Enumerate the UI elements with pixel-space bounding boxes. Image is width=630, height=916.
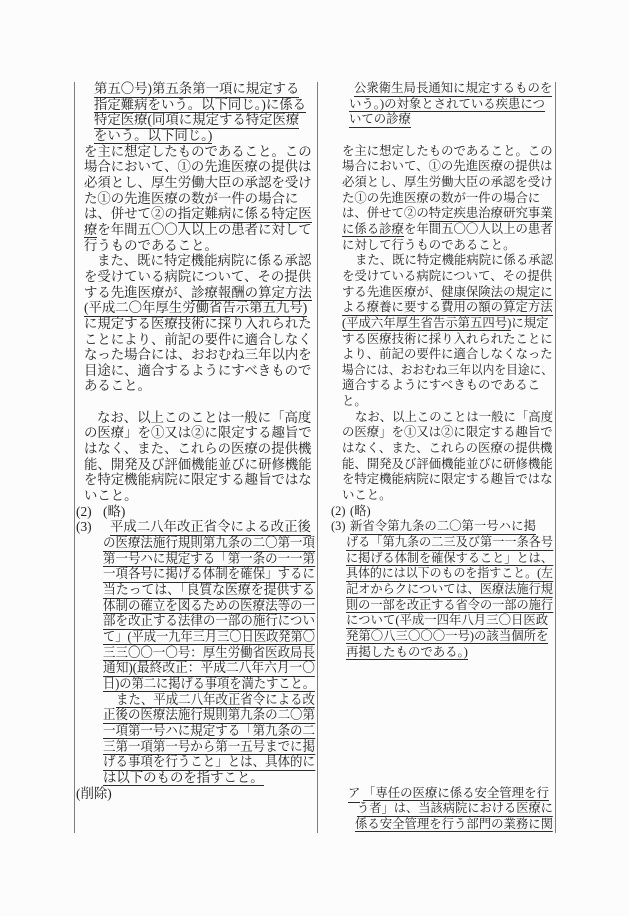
blank-line <box>317 660 555 676</box>
text-line: を特定機能病院に限定する趣旨ではな <box>74 472 317 488</box>
blank-line <box>317 128 555 144</box>
text-line: 必須とし、厚生労働大臣の承認を受け <box>317 175 555 191</box>
blank-line <box>74 394 317 410</box>
underlined-text-segment: は以下のものを指すこと。 <box>103 770 264 787</box>
text-line: に掲げる体制を確保すること」とは、 <box>317 551 555 567</box>
text-segment: 場合において、①の先進医療の提供は <box>84 159 311 174</box>
underlined-text-segment: の医療法施行規則第九条の二〇第一項 <box>103 535 315 552</box>
text-line: する先進医療が、診療報酬の算定方法 <box>74 285 317 301</box>
text-segment: なお、以上このことは一般に「高度 <box>355 410 553 424</box>
text-line: 日)の第二に掲げる事項を満たすこと。 <box>74 676 317 692</box>
text-line: 第一号ハに規定する「第一条の一一第 <box>74 551 317 567</box>
text-line: て」(平成一九年三月三〇日医政発第〇 <box>74 629 317 645</box>
text-line: なお、以上このことは一般に「高度 <box>74 410 317 426</box>
text-line: 行うものであること。 <box>74 238 317 254</box>
text-line: 適合するようにすべきものであるこ <box>317 378 555 394</box>
text-line: また、既に特定機能病院に係る承認 <box>317 253 555 269</box>
text-segment: (略) <box>103 504 125 519</box>
text-segment: また、既に特定機能病院に係る承認 <box>97 253 311 268</box>
text-line: は、併せて②の特定疾患治療研究事業 <box>317 206 555 222</box>
text-line: げる「第九条の二三及び第一一条各号 <box>317 535 555 551</box>
text-line: 目途に、適合するようにすべきもので <box>74 363 317 379</box>
text-line: また、平成二八年改正省令による改 <box>74 692 317 708</box>
text-segment: 能、開発及び評価機能並びに研修機能 <box>342 457 553 471</box>
blank-line <box>317 723 555 739</box>
text-line: (2)(略) <box>74 504 317 520</box>
text-line: 発第〇八三〇〇〇一号)の該当個所を <box>317 629 555 645</box>
text-segment: 必須とし、厚生労働大臣の承認を受け <box>342 175 553 189</box>
text-line: する医療技術に採り入れられたことに <box>317 332 555 348</box>
text-segment: は、併せて②の <box>84 206 178 221</box>
underlined-text-segment: 一項各号に掲げる体制を確保」するに <box>103 566 315 583</box>
text-segment: を主に想定したものであること。この <box>342 144 553 158</box>
underlined-text-segment: 三三〇〇一〇号：厚生労働省医政局長 <box>103 645 315 662</box>
text-line: について(平成一四年八月三〇日医政 <box>317 613 555 629</box>
text-line: の医療法施行規則第九条の二〇第一項 <box>74 535 317 551</box>
text-segment: ことにより、前記の要件に適合しなく <box>84 332 312 347</box>
text-segment: と。 <box>342 394 367 408</box>
underlined-text-segment: 一項第一号ハに規定する「第九条の二 <box>103 723 315 740</box>
underlined-text-segment: 特定疾患治療研究事業 <box>429 206 553 222</box>
text-segment: を受けている病院について、その提供 <box>342 269 552 283</box>
underlined-text-segment: 則の一部を改正する省令の一部の施行 <box>346 598 553 614</box>
text-line: に規定する医療技術に採り入れられた <box>74 316 317 332</box>
text-segment: より、前記の要件に適合しなくなった <box>342 347 553 361</box>
underlined-text-segment: 第一号ハに規定する「第一条の一一第 <box>103 551 315 568</box>
text-line: を主に想定したものであること。この <box>74 144 317 160</box>
text-line: はなく、また、これらの医療の提供機 <box>317 441 555 457</box>
text-line: と。 <box>317 394 555 410</box>
text-line: 通知)(最終改正：平成二八年六月一〇 <box>74 660 317 676</box>
text-segment: を特定機能病院に限定する趣旨ではな <box>342 472 553 486</box>
text-segment: を受けている病院について、その提供 <box>84 269 311 284</box>
text-line: なお、以上このことは一般に「高度 <box>317 410 555 426</box>
underlined-text-segment: 診療報酬の算定方法 <box>191 285 312 302</box>
text-line: よる療養に要する費用の額の算定方法 <box>317 300 555 316</box>
text-segment: 必須とし、厚生労働大臣の承認を受け <box>84 175 312 190</box>
left-column: 第五〇号)第五条第一項に規定する指定難病をいう。以下同じ。)に係る特定医療(同項… <box>74 81 317 801</box>
text-segment: は、併せて②の <box>342 206 429 220</box>
text-line: 特定医療(同項に規定する特定医療 <box>74 112 317 128</box>
item-marker: ア <box>348 786 360 803</box>
text-line: 体制の確立を図るための医療法等の一 <box>74 598 317 614</box>
text-line: 場合において、①の先進医療の提供は <box>74 159 317 175</box>
text-line: 一項各号に掲げる体制を確保」するに <box>74 566 317 582</box>
blank-line <box>317 754 555 770</box>
underlined-text-segment: よる療養に要する費用の額の算定方法 <box>342 300 553 316</box>
blank-line <box>317 770 555 786</box>
text-line: (平成六年厚生省告示第五四号)に規定 <box>317 316 555 332</box>
right-border-rule <box>555 82 556 833</box>
text-segment: を年間五〇〇人以上の患者に対して <box>97 222 311 237</box>
blank-line <box>317 676 555 692</box>
text-line: げる事項を行うこと」とは、具体的に <box>74 754 317 770</box>
text-segment: た①の先進医療の数が一件の場合に <box>342 191 540 205</box>
text-line: 部を改正する法律の一部の施行につい <box>74 613 317 629</box>
underlined-text-segment: 「専任の医療に係る安全管理を行 <box>363 786 549 802</box>
text-segment: を主に想定したものであること。この <box>84 144 312 159</box>
text-segment: はなく、また、これらの医療の提供機 <box>84 441 311 456</box>
underlined-text-segment: に掲げる体制を確保すること」とは、 <box>346 551 553 567</box>
underlined-text-segment: 第五〇号)第五条第一項に規定する <box>94 81 299 98</box>
underlined-text-segment: 当たっては、「良質な医療を提供する <box>103 582 315 599</box>
text-line: (3)平成二八年改正省令による改正後 <box>74 519 317 535</box>
text-segment: また、既に特定機能病院に係る承認 <box>355 253 553 267</box>
text-line: は、併せて②の指定難病に係る特定医 <box>74 206 317 222</box>
text-line: 能、開発及び評価機能並びに研修機能 <box>317 457 555 473</box>
text-line: 能、開発及び評価機能並びに研修機能 <box>74 457 317 473</box>
text-line: (削除) <box>74 786 317 802</box>
text-segment: を特定機能病院に限定する趣旨ではな <box>84 472 312 487</box>
text-segment: あること。 <box>84 378 151 393</box>
text-line: (2)(略) <box>317 504 555 520</box>
text-segment: する医療技術に採り入れられたことに <box>342 332 553 346</box>
text-line: た①の先進医療の数が一件の場合に <box>74 191 317 207</box>
underlined-text-segment: げる事項を行うこと」とは、具体的に <box>103 754 315 771</box>
text-line: いこと。 <box>74 488 317 504</box>
text-segment: なお、以上このことは一般に「高度 <box>97 410 311 425</box>
underlined-text-segment: について(平成一四年八月三〇日医政 <box>346 613 548 629</box>
underlined-text-segment: 通知)(最終改正：平成二八年六月一〇 <box>103 660 315 677</box>
text-line: 再掲したものである。) <box>317 645 555 661</box>
text-line: 公衆衛生局長通知に規定するものを <box>317 81 555 97</box>
text-segment: 場合において、①の先進医療の提供は <box>342 159 552 173</box>
text-line: を特定機能病院に限定する趣旨ではな <box>317 472 555 488</box>
text-line: 場合において、①の先進医療の提供は <box>317 159 555 175</box>
underlined-text-segment: 体制の確立を図るための医療法等の一 <box>103 598 315 615</box>
underlined-text-segment: また、平成二八年改正省令による改 <box>116 692 315 709</box>
underlined-text-segment: に係る診療 <box>342 222 404 238</box>
text-line: ア「専任の医療に係る安全管理を行 <box>317 786 555 802</box>
text-line: 必須とし、厚生労働大臣の承認を受け <box>74 175 317 191</box>
underlined-text-segment: う者」は、当該病院における医療に <box>357 801 553 817</box>
text-segment: 場合には、おおむね三年以内を目途に、 <box>342 363 553 377</box>
text-line: いこと。 <box>317 488 555 504</box>
blank-line <box>317 739 555 755</box>
text-line: より、前記の要件に適合しなくなった <box>317 347 555 363</box>
text-segment: 目途に、適合するようにすべきもので <box>84 363 311 378</box>
text-line: 具体的には以下のものを指すこと。(左 <box>317 566 555 582</box>
text-line: た①の先進医療の数が一件の場合に <box>317 191 555 207</box>
underlined-text-segment: げる「第九条の二三及び第一一条各号 <box>346 535 553 551</box>
underlined-text-segment: 具体的には以下のものを指すこと。(左 <box>346 566 553 582</box>
text-segment: 能、開発及び評価機能並びに研修機能 <box>84 457 312 472</box>
underlined-text-segment: て」(平成一九年三月三〇日医政発第〇 <box>103 629 315 646</box>
underlined-text-segment: いう。)の対象とされている疾患につ <box>349 97 545 113</box>
item-marker: (3) <box>76 519 92 535</box>
underlined-text-segment: (平成二〇年厚生労働省告示第五九号) <box>84 300 307 317</box>
text-line: いての診療 <box>317 112 555 128</box>
text-line: 一項第一号ハに規定する「第九条の二 <box>74 723 317 739</box>
text-line: の医療」を①又は②に限定する趣旨で <box>74 425 317 441</box>
text-line: をいう。以下同じ。) <box>74 128 317 144</box>
text-line: 三第一項第一号から第一五号までに掲 <box>74 739 317 755</box>
underlined-text-segment: 三第一項第一号から第一五号までに掲 <box>103 739 315 756</box>
text-segment: なった場合には、おおむね三年以内を <box>84 347 312 362</box>
item-marker: (2) <box>76 504 92 520</box>
underlined-text-segment: 正後の医療法施行規則第九条の二〇第 <box>103 707 315 724</box>
text-line: に対して行うものであること。 <box>317 238 555 254</box>
text-segment: に規定する医療技術に採り入れられた <box>84 316 312 331</box>
text-line: あること。 <box>74 378 317 394</box>
underlined-text-segment: (平成六年厚生省告示第五四号) <box>342 316 511 332</box>
text-segment: に規定 <box>511 316 548 330</box>
underlined-text-segment: 部を改正する法律の一部の施行につい <box>103 613 315 630</box>
blank-line <box>317 692 555 708</box>
underlined-text-segment: 指定難病をいう。以下同じ。)に係る <box>94 97 306 114</box>
text-line: 療を年間五〇〇人以上の患者に対して <box>74 222 317 238</box>
underlined-text-segment: 平成二八年改正省令による改正後 <box>110 519 311 536</box>
text-line: を受けている病院について、その提供 <box>317 269 555 285</box>
text-line: する先進医療が、健康保険法の規定に <box>317 285 555 301</box>
text-segment: の医療」を①又は②に限定する趣旨で <box>342 425 553 439</box>
underlined-text-segment: 再掲したものである。) <box>346 645 468 661</box>
text-line: 指定難病をいう。以下同じ。)に係る <box>74 97 317 113</box>
underlined-text-segment: 指定難病に係る特定医 <box>178 206 312 223</box>
underlined-text-segment: いての診療 <box>349 112 411 128</box>
text-line: 則の一部を改正する省令の一部の施行 <box>317 598 555 614</box>
underlined-text-segment: 新省令第九条の二〇第一号ハに掲 <box>350 519 536 535</box>
text-line: いう。)の対象とされている疾患につ <box>317 97 555 113</box>
underlined-text-segment: 特定医療(同項に規定する特定医療 <box>94 112 299 129</box>
item-marker: (3) <box>331 519 345 535</box>
text-segment: 行うものであること。 <box>84 238 218 253</box>
text-segment: を年間五〇〇人以上の患者 <box>404 222 553 236</box>
text-line: (平成二〇年厚生労働省告示第五九号) <box>74 300 317 316</box>
text-line: に係る診療を年間五〇〇人以上の患者 <box>317 222 555 238</box>
text-segment: はなく、また、これらの医療の提供機 <box>342 441 552 455</box>
text-segment: の医療」を①又は②に限定する趣旨で <box>84 425 312 440</box>
text-line: 三三〇〇一〇号：厚生労働省医政局長 <box>74 645 317 661</box>
text-line: 場合には、おおむね三年以内を目途に、 <box>317 363 555 379</box>
text-line: の医療」を①又は②に限定する趣旨で <box>317 425 555 441</box>
underlined-text-segment: 療 <box>84 222 97 239</box>
text-line: う者」は、当該病院における医療に <box>317 801 555 817</box>
text-segment: する先進医療が、 <box>84 285 191 300</box>
blank-line <box>317 707 555 723</box>
underlined-text-segment: 発第〇八三〇〇〇一号)の該当個所を <box>346 629 548 645</box>
text-segment: た①の先進医療の数が一件の場合に <box>84 191 298 206</box>
text-segment: いこと。 <box>84 488 138 503</box>
text-segment: いこと。 <box>342 488 392 502</box>
text-line: はなく、また、これらの医療の提供機 <box>74 441 317 457</box>
underlined-text-segment: 係る安全管理を行う部門の業務に関 <box>355 817 553 833</box>
text-line: 係る安全管理を行う部門の業務に関 <box>317 817 555 833</box>
text-line: 第五〇号)第五条第一項に規定する <box>74 81 317 97</box>
document-page: 第五〇号)第五条第一項に規定する指定難病をいう。以下同じ。)に係る特定医療(同項… <box>0 0 630 916</box>
underlined-text-segment: 記オからクについては、医療法施行規 <box>346 582 553 598</box>
text-line: ことにより、前記の要件に適合しなく <box>74 332 317 348</box>
underlined-text-segment: 公衆衛生局長通知に規定するものを <box>354 81 552 97</box>
text-line: なった場合には、おおむね三年以内を <box>74 347 317 363</box>
text-line: を主に想定したものであること。この <box>317 144 555 160</box>
underlined-text-segment: 健康保険法の規定に <box>441 285 553 301</box>
text-segment: 適合するようにすべきものであるこ <box>342 378 540 392</box>
text-line: (3)新省令第九条の二〇第一号ハに掲 <box>317 519 555 535</box>
text-segment: する先進医療が、 <box>342 285 441 299</box>
text-line: 記オからクについては、医療法施行規 <box>317 582 555 598</box>
text-line: 正後の医療法施行規則第九条の二〇第 <box>74 707 317 723</box>
right-column: 公衆衛生局長通知に規定するものをいう。)の対象とされている疾患についての診療を主… <box>317 81 555 833</box>
text-segment: に対して行うものであること。 <box>342 238 515 252</box>
item-marker: (2) <box>331 504 345 520</box>
text-line: また、既に特定機能病院に係る承認 <box>74 253 317 269</box>
underlined-text-segment: 日)の第二に掲げる事項を満たすこと。 <box>103 676 315 693</box>
text-line: 当たっては、「良質な医療を提供する <box>74 582 317 598</box>
text-line: は以下のものを指すこと。 <box>74 770 317 786</box>
text-line: を受けている病院について、その提供 <box>74 269 317 285</box>
underlined-text-segment: をいう。以下同じ。) <box>94 128 212 145</box>
text-segment: (略) <box>350 504 371 518</box>
item-marker: (削除) <box>76 786 112 802</box>
